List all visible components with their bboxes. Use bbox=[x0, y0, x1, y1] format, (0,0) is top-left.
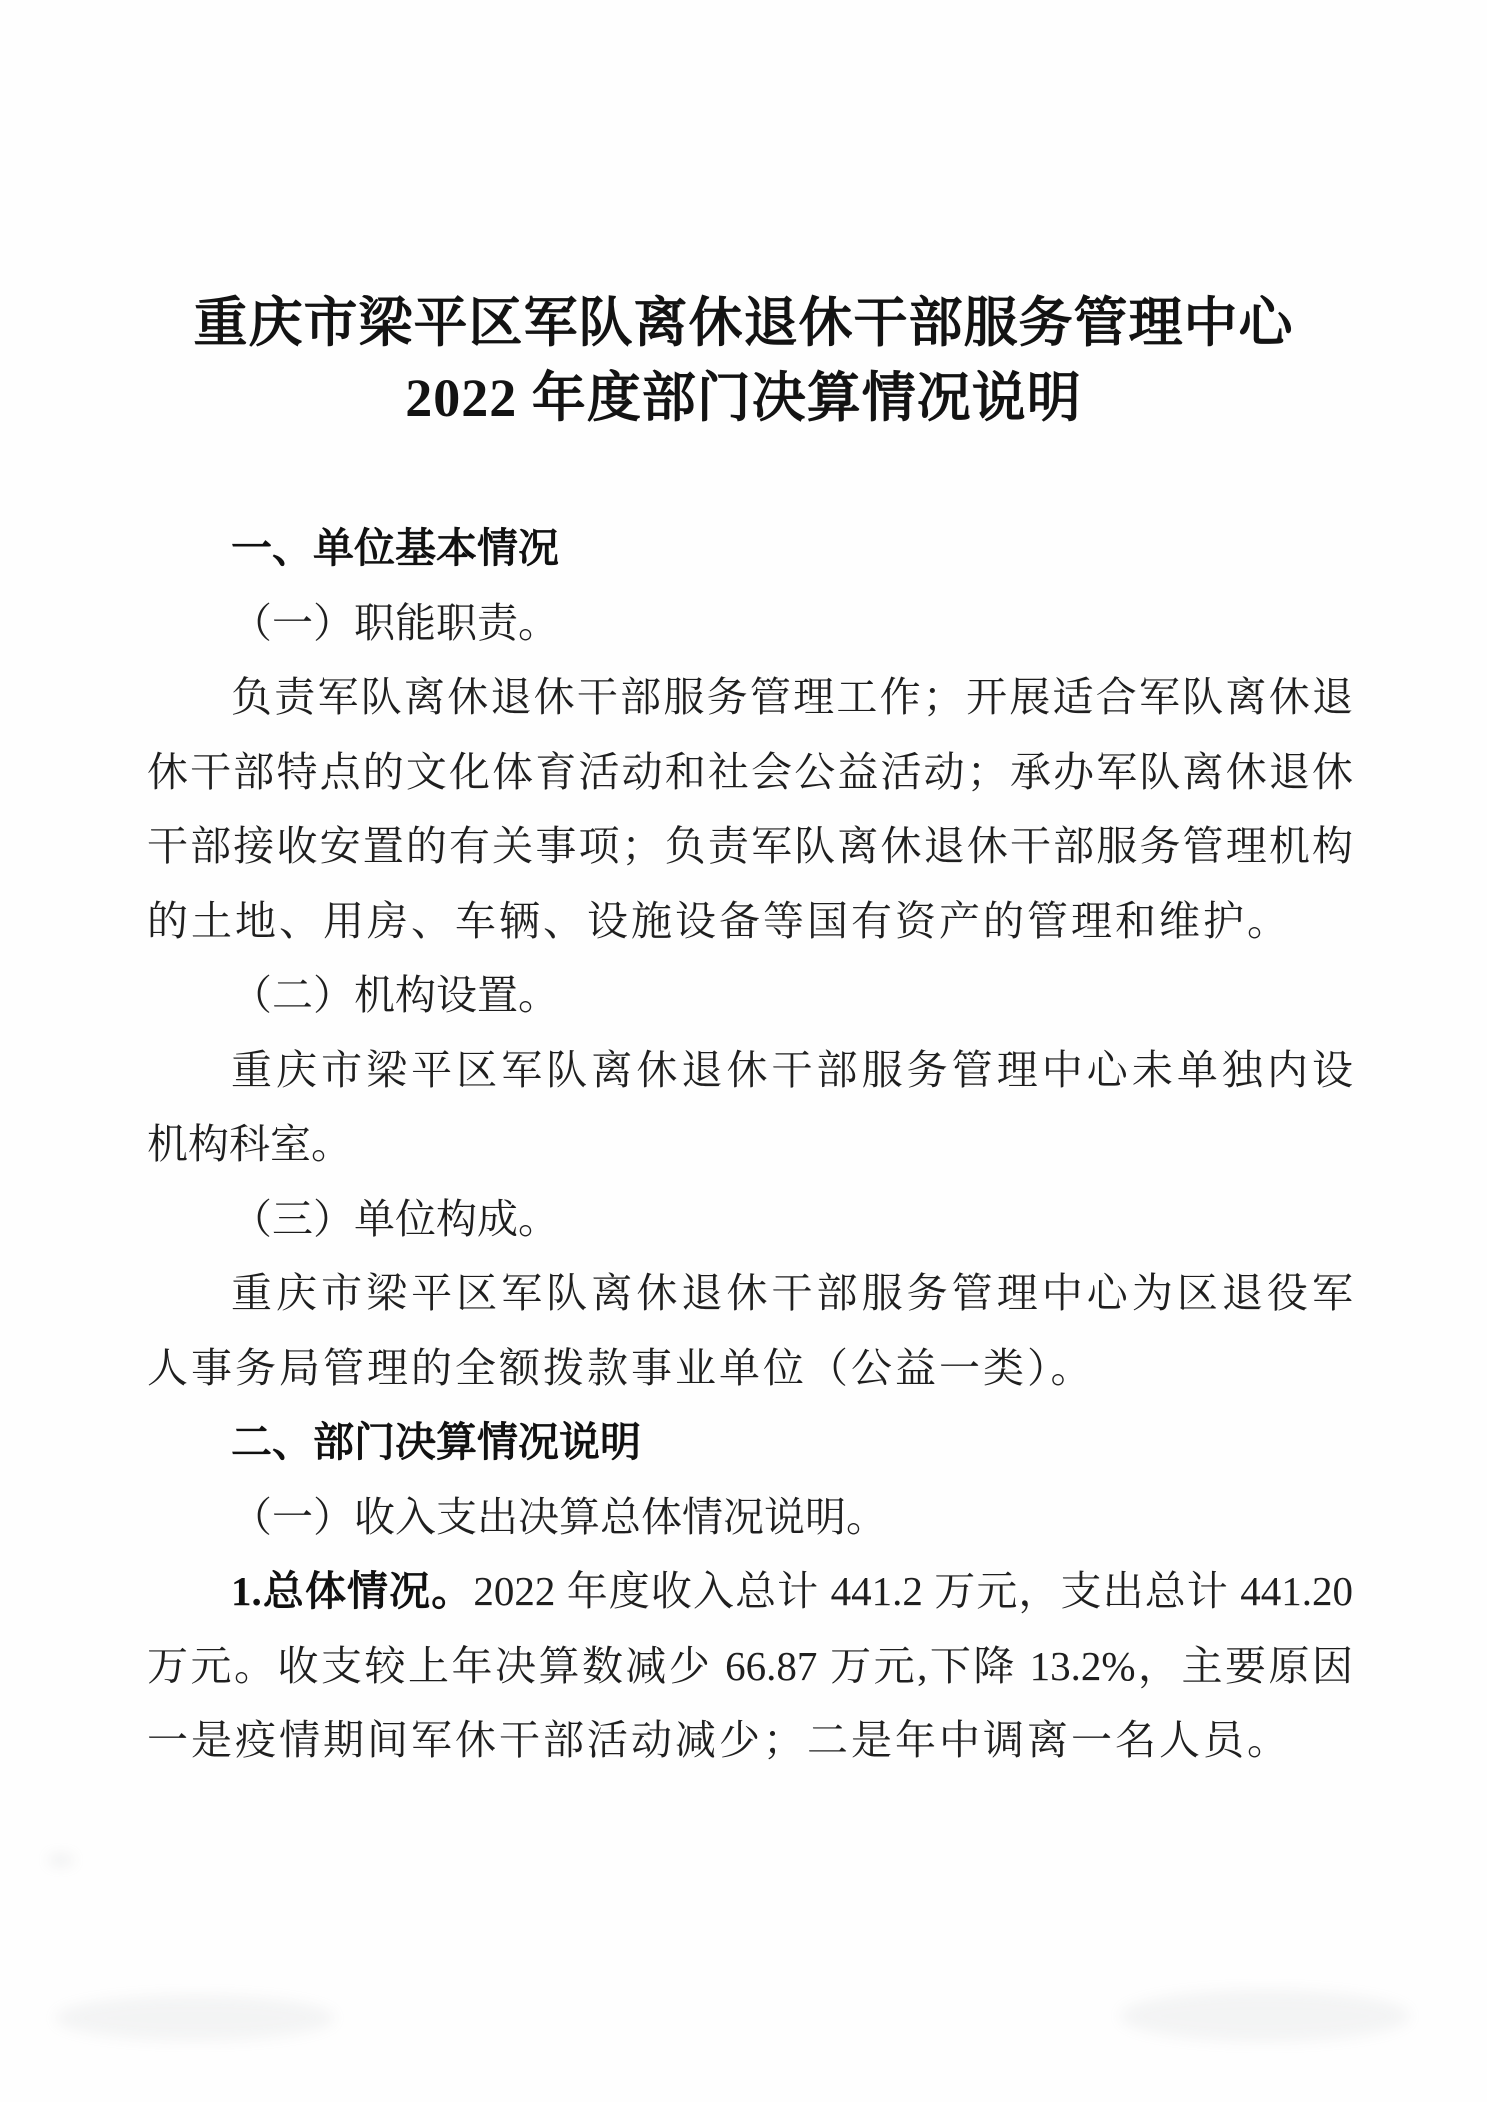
text-line: 重庆市梁平区军队离休退休干部服务管理中心未单独内设 bbox=[147, 1033, 1353, 1108]
document-title-line1: 重庆市梁平区军队离休退休干部服务管理中心 bbox=[0, 286, 1487, 361]
text-line: 一是疫情期间军休干部活动减少；二是年中调离一名人员。 bbox=[147, 1703, 1353, 1778]
text-line: 万元。收支较上年决算数减少 66.87 万元,下降 13.2%，主要原因 bbox=[147, 1629, 1353, 1704]
document-title-line2: 2022 年度部门决算情况说明 bbox=[0, 361, 1487, 436]
text-line: （一）收入支出决算总体情况说明。 bbox=[147, 1480, 1353, 1555]
text-line: 干部接收安置的有关事项；负责军队离休退休干部服务管理机构 bbox=[147, 809, 1353, 884]
text-line: （一）职能职责。 bbox=[147, 586, 1353, 661]
scan-artifact bbox=[1120, 1990, 1410, 2042]
scanned-document-page: 重庆市梁平区军队离休退休干部服务管理中心 2022 年度部门决算情况说明 一、单… bbox=[0, 0, 1487, 2102]
text-line: （二）机构设置。 bbox=[147, 958, 1353, 1033]
text-line: 重庆市梁平区军队离休退休干部服务管理中心为区退役军 bbox=[147, 1256, 1353, 1331]
text-line: 二、部门决算情况说明 bbox=[147, 1405, 1353, 1480]
scan-artifact bbox=[48, 1855, 74, 1865]
text-line: 1.总体情况。2022 年度收入总计 441.2 万元，支出总计 441.20 bbox=[147, 1554, 1353, 1629]
text-line: 机构科室。 bbox=[147, 1107, 1353, 1182]
text-line: （三）单位构成。 bbox=[147, 1182, 1353, 1257]
text-line: 人事务局管理的全额拨款事业单位（公益一类）。 bbox=[147, 1331, 1353, 1406]
text-line: 休干部特点的文化体育活动和社会公益活动；承办军队离休退休 bbox=[147, 735, 1353, 810]
document-body: 一、单位基本情况（一）职能职责。负责军队离休退休干部服务管理工作；开展适合军队离… bbox=[147, 511, 1353, 1778]
scan-artifact bbox=[55, 1995, 335, 2041]
document-title: 重庆市梁平区军队离休退休干部服务管理中心 2022 年度部门决算情况说明 bbox=[0, 286, 1487, 436]
text-line: 负责军队离休退休干部服务管理工作；开展适合军队离休退 bbox=[147, 660, 1353, 735]
text-line: 的土地、用房、车辆、设施设备等国有资产的管理和维护。 bbox=[147, 884, 1353, 959]
text-line: 一、单位基本情况 bbox=[147, 511, 1353, 586]
